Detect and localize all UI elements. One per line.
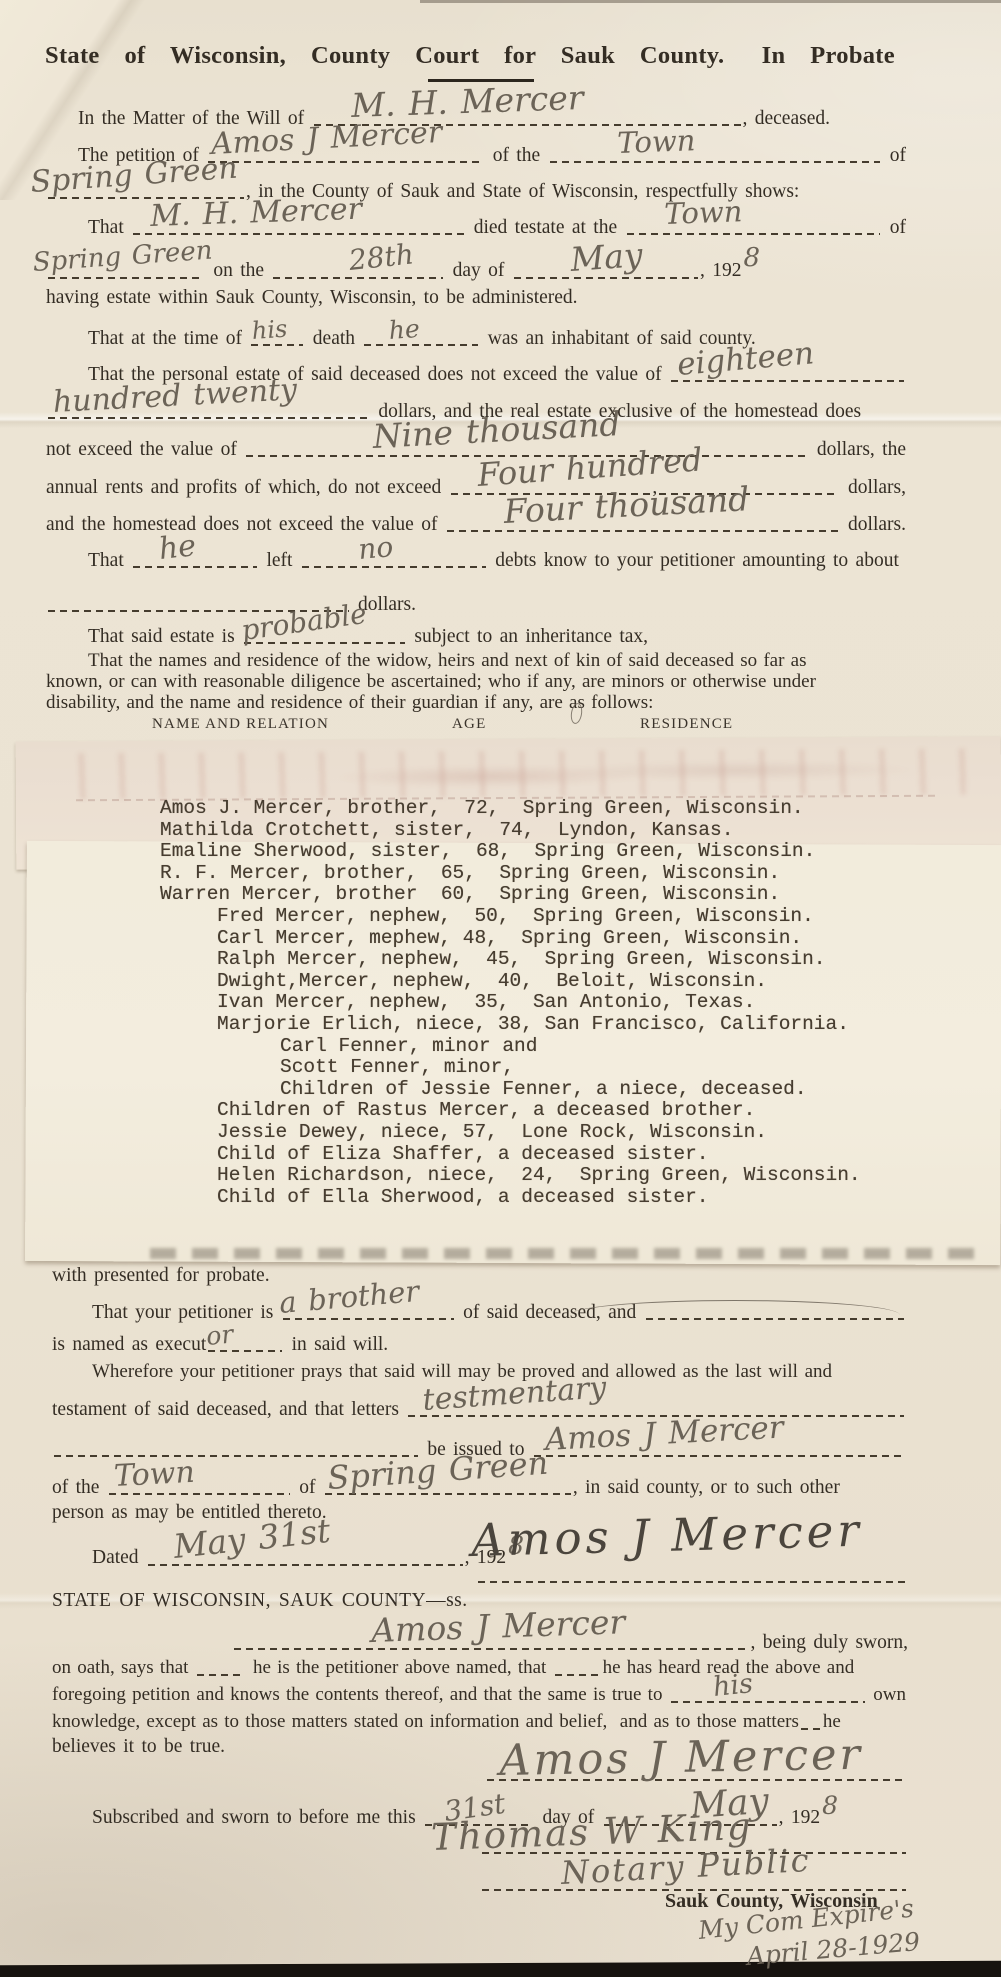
debts-he-blank: he (131, 546, 259, 573)
testate-mid: died testate at the (466, 215, 624, 240)
testate-pre: That (88, 215, 131, 240)
heir-row-text: Marjorie Erlich, niece, 38, San Francisc… (217, 1013, 849, 1035)
heir-row-text: Helen Richardson, niece, 24, Spring Gree… (217, 1164, 861, 1186)
his-blank: his (249, 324, 305, 351)
heir-row-text: Children of Jessie Fenner, a niece, dece… (280, 1078, 807, 1100)
inhabitant-line: That at the time of his death he was an … (88, 324, 756, 351)
rents-line: annual rents and profits of which, do no… (46, 473, 906, 500)
inheritance-line: That said estate is probable subject to … (88, 622, 648, 649)
heir-row: Emaline Sherwood, sister, 68, Spring Gre… (160, 841, 861, 863)
executor-post: in said will. (284, 1332, 388, 1357)
oath-blank-1 (195, 1654, 247, 1681)
oath-line-4: believes it to be true. (52, 1734, 225, 1759)
sworn-line: Amos J Mercer , being duly sworn, (232, 1628, 908, 1655)
heir-row-text: Emaline Sherwood, sister, 68, Spring Gre… (160, 840, 815, 862)
death-date-mid1: on the (206, 258, 271, 283)
testate-line: That M. H. Mercer died testate at the To… (88, 213, 906, 240)
matter-line: In the Matter of the Will of M. H. Merce… (78, 104, 830, 131)
rents-pre: annual rents and profits of which, do no… (46, 475, 449, 500)
executor-blank: or (206, 1330, 284, 1357)
heir-row-text: Warren Mercer, brother 60, Spring Green,… (160, 883, 780, 905)
probate-continuation-line: with presented for probate. (52, 1263, 270, 1288)
debts-dollars-text: dollars. (351, 592, 416, 617)
dated-line: Dated May 31st , 192 8 (92, 1538, 522, 1571)
municipality-blank: Town (548, 141, 883, 168)
subscribed-pre: Subscribed and sworn to before me this (92, 1805, 423, 1830)
inhabitant-post: was an inhabitant of said county. (480, 326, 755, 351)
heir-row-text: Scott Fenner, minor, (280, 1056, 514, 1078)
entitled-line: person as may be entitled thereto. (52, 1500, 327, 1525)
heir-row: Carl Mercer, mephew, 48, Spring Green, W… (217, 928, 861, 950)
probate-petition-document: State of Wisconsin, County Court for Sau… (0, 0, 1001, 1977)
title-underline (428, 79, 534, 82)
oath-line-1: on oath, says that he is the petitioner … (52, 1654, 854, 1681)
debts-no-blank: no (300, 546, 488, 573)
oath1-mid: he is the petitioner above named, that (247, 1656, 553, 1681)
petitioner-relation-line: That your petitioner is a brother of sai… (92, 1298, 906, 1325)
death-date-line: Spring Green on the 28th day of May , 19… (46, 250, 758, 284)
personal-value-blank: eighteen (669, 360, 906, 387)
heir-row-text: Ralph Mercer, nephew, 45, Spring Green, … (217, 948, 826, 970)
debts-dollars-line: dollars. (46, 590, 416, 617)
oath4-text: believes it to be true. (52, 1734, 225, 1759)
real-value-blank: Nine thousand (244, 435, 809, 462)
letters-pre: testament of said deceased, and that let… (52, 1397, 406, 1422)
heir-row-text: Dwight,Mercer, nephew, 40, Beloit, Wisco… (217, 970, 767, 992)
homestead-post: dollars. (841, 512, 906, 537)
petition-mid: of the (485, 143, 547, 168)
letters-blank: testmentary (406, 1395, 906, 1422)
his-blank-2: his (669, 1681, 867, 1708)
issued-mid: be issued to (420, 1437, 532, 1462)
place-blank-3: Spring Green (323, 1473, 573, 1500)
petition-place-text: , in the County of Sauk and State of Wis… (246, 179, 799, 204)
estate-admin-line: having estate within Sauk County, Wiscon… (46, 285, 578, 310)
municipality-blank-2: Town (625, 213, 883, 240)
oath2-post: own (867, 1683, 906, 1708)
heir-row-text: Jessie Dewey, niece, 57, Lone Rock, Wisc… (217, 1121, 767, 1143)
relation-blank: a brother (281, 1298, 456, 1325)
heir-row-text: Child of Eliza Shaffer, a deceased siste… (217, 1143, 708, 1165)
town-blank-3: Town (107, 1473, 292, 1500)
heir-row-text: Amos J. Mercer, brother, 72, Spring Gree… (160, 797, 804, 819)
heir-row-text: Child of Ella Sherwood, a deceased siste… (217, 1186, 708, 1208)
petitioner-signature-2: Amos J Mercer (499, 1730, 863, 1786)
debts-amount-blank (46, 590, 351, 617)
oath-line-3: knowledge, except as to those matters st… (52, 1708, 841, 1735)
matter-pre: In the Matter of the Will of (78, 106, 312, 131)
heir-row: Marjorie Erlich, niece, 38, San Francisc… (217, 1014, 861, 1036)
heir-row: Child of Ella Sherwood, a deceased siste… (217, 1187, 861, 1209)
rents-value-blank: Four hundred (449, 473, 653, 500)
paper-top-edge (420, 0, 1001, 3)
dated-pre: Dated (92, 1545, 146, 1570)
signature-dashline-1 (478, 1581, 908, 1583)
real-estate-pre: not exceed the value of (46, 437, 244, 462)
oath3-pre: knowledge, except as to those matters st… (52, 1710, 799, 1735)
title-text: State of Wisconsin, County Court for Sau… (45, 40, 895, 72)
sworn-name-blank: Amos J Mercer (232, 1628, 750, 1655)
rents-blank-2 (657, 473, 840, 500)
heir-row-text: Carl Mercer, mephew, 48, Spring Green, W… (217, 927, 802, 949)
debts-mid: left (259, 548, 300, 573)
real-estate-post: dollars, the (809, 437, 906, 462)
petitioner-relation-pre: That your petitioner is (92, 1300, 281, 1325)
heir-row: Amos J. Mercer, brother, 72, Spring Gree… (160, 798, 861, 820)
ink-bleed-through (46, 749, 966, 800)
letters-line: testament of said deceased, and that let… (52, 1395, 906, 1422)
heir-row: Carl Fenner, minor and (280, 1036, 861, 1058)
heir-row: Fred Mercer, nephew, 50, Spring Green, W… (217, 906, 861, 928)
column-header-age: AGE (452, 716, 486, 733)
relation-blank-2 (644, 1298, 906, 1325)
heir-row: Children of Jessie Fenner, a niece, dece… (280, 1079, 861, 1101)
he-blank: he (362, 324, 480, 351)
estate-admin-text: having estate within Sauk County, Wiscon… (46, 285, 578, 310)
rents-post: dollars, (841, 475, 906, 500)
executor-line: is named as execut or in said will. (52, 1330, 388, 1357)
petition-place-line: Spring Green , in the County of Sauk and… (46, 177, 906, 204)
petitioner-signature-1: Amos J Mercer (471, 1504, 864, 1567)
decedent-name-blank: M. H. Mercer (312, 104, 743, 131)
heir-row: Mathilda Crotchett, sister, 74, Lyndon, … (160, 820, 861, 842)
issued-blank-1 (52, 1435, 420, 1462)
petition-line: The petition of Amos J Mercer of the Tow… (78, 141, 906, 168)
issued-line: be issued to Amos J Mercer (52, 1435, 906, 1462)
entitled-text: person as may be entitled thereto. (52, 1500, 327, 1525)
of-town-line: of the Town of Spring Green , in said co… (52, 1473, 906, 1500)
heir-row: Child of Eliza Shaffer, a deceased siste… (217, 1144, 861, 1166)
day-blank: 28th (271, 257, 445, 284)
homestead-pre: and the homestead does not exceed the va… (46, 512, 445, 537)
venue-text: STATE OF WISCONSIN, SAUK COUNTY—ss. (52, 1588, 468, 1613)
issued-name-blank: Amos J Mercer (532, 1435, 906, 1462)
personal-value-blank-2: hundred twenty (46, 397, 371, 424)
personal-estate-line-2: hundred twenty dollars, and the real est… (46, 397, 906, 424)
place-blank-2: Spring Green (46, 257, 206, 284)
oath1-post: he has heard read the above and (603, 1656, 855, 1681)
subscribed-year: , 192 (779, 1805, 821, 1830)
of-town-mid: of (292, 1475, 323, 1500)
inheritance-post: subject to an inheritance tax, (407, 624, 648, 649)
heirs-list: Amos J. Mercer, brother, 72, Spring Gree… (160, 798, 861, 1208)
petition-pre: The petition of (78, 143, 206, 168)
inhabitant-pre: That at the time of (88, 326, 249, 351)
probate-continuation-text: with presented for probate. (52, 1263, 270, 1288)
inheritance-blank: probable (242, 622, 407, 649)
heir-row: Jessie Dewey, niece, 57, Lone Rock, Wisc… (217, 1122, 861, 1144)
debts-post: debts know to your petitioner amounting … (488, 548, 899, 573)
oath-line-2: foregoing petition and knows the content… (52, 1681, 906, 1708)
wherefore-text: Wherefore your petitioner prays that sai… (92, 1360, 832, 1385)
place-blank: Spring Green (46, 177, 246, 204)
personal-estate-pre: That the personal estate of said decease… (88, 362, 669, 387)
testate-post: of (882, 215, 906, 240)
heir-row: Dwight,Mercer, nephew, 40, Beloit, Wisco… (217, 971, 861, 993)
month-blank: May (512, 257, 700, 284)
inheritance-pre: That said estate is (88, 624, 242, 649)
death-date-year: , 192 (700, 258, 742, 283)
column-header-name: NAME AND RELATION (152, 716, 329, 733)
oath-blank-2 (553, 1654, 603, 1681)
wherefore-line: Wherefore your petitioner prays that sai… (92, 1360, 832, 1385)
heir-row-text: Mathilda Crotchett, sister, 74, Lyndon, … (160, 819, 733, 841)
petition-post: of (882, 143, 906, 168)
heir-row: Ralph Mercer, nephew, 45, Spring Green, … (217, 949, 861, 971)
names-text-3: disability, and the name and residence o… (46, 691, 653, 716)
death-date-mid2: day of (445, 258, 512, 283)
column-header-residence: RESIDENCE (640, 716, 733, 733)
of-town-post: , in said county, or to such other (573, 1475, 840, 1500)
personal-estate-post: dollars, and the real estate exclusive o… (371, 399, 861, 424)
decedent-name-blank-2: M. H. Mercer (131, 213, 466, 240)
heir-row: Children of Rastus Mercer, a deceased br… (217, 1100, 861, 1122)
heir-row: Scott Fenner, minor, (280, 1057, 861, 1079)
heir-row-text: Fred Mercer, nephew, 50, Spring Green, W… (217, 905, 814, 927)
heir-row: Ivan Mercer, nephew, 35, San Antonio, Te… (217, 992, 861, 1014)
petitioner-name-blank: Amos J Mercer (206, 141, 485, 168)
heir-row-text: R. F. Mercer, brother, 65, Spring Green,… (160, 862, 780, 884)
matter-post: , deceased. (743, 106, 831, 131)
heir-row: R. F. Mercer, brother, 65, Spring Green,… (160, 863, 861, 885)
heir-row-text: Carl Fenner, minor and (280, 1035, 537, 1057)
heir-row-text: Children of Rastus Mercer, a deceased br… (217, 1099, 755, 1121)
heir-row: Helen Richardson, niece, 24, Spring Gree… (217, 1165, 861, 1187)
venue-line: STATE OF WISCONSIN, SAUK COUNTY—ss. (52, 1588, 468, 1613)
homestead-line: and the homestead does not exceed the va… (46, 510, 906, 537)
heir-row-text: Ivan Mercer, nephew, 35, San Antonio, Te… (217, 991, 755, 1013)
homestead-value-blank: Four thousand (445, 510, 841, 537)
of-town-pre: of the (52, 1475, 107, 1500)
names-paragraph-line-3: disability, and the name and residence o… (46, 691, 653, 716)
date-blank: May 31st (146, 1544, 465, 1571)
oath1-pre: on oath, says that (52, 1656, 195, 1681)
heir-row: Warren Mercer, brother 60, Spring Green,… (160, 884, 861, 906)
real-estate-line: not exceed the value of Nine thousand do… (46, 435, 906, 462)
executor-pre: is named as execut (52, 1332, 206, 1357)
debts-line: That he left no debts know to your petit… (88, 546, 906, 573)
document-title: State of Wisconsin, County Court for Sau… (30, 40, 910, 72)
top-left-fold (0, 0, 150, 200)
sworn-post: , being duly sworn, (750, 1630, 908, 1655)
oath2-pre: foregoing petition and knows the content… (52, 1683, 669, 1708)
personal-estate-line: That the personal estate of said decease… (88, 360, 906, 387)
inhabitant-mid: death (305, 326, 362, 351)
debts-pre: That (88, 548, 131, 573)
bleed-through-smudge (150, 1248, 990, 1259)
